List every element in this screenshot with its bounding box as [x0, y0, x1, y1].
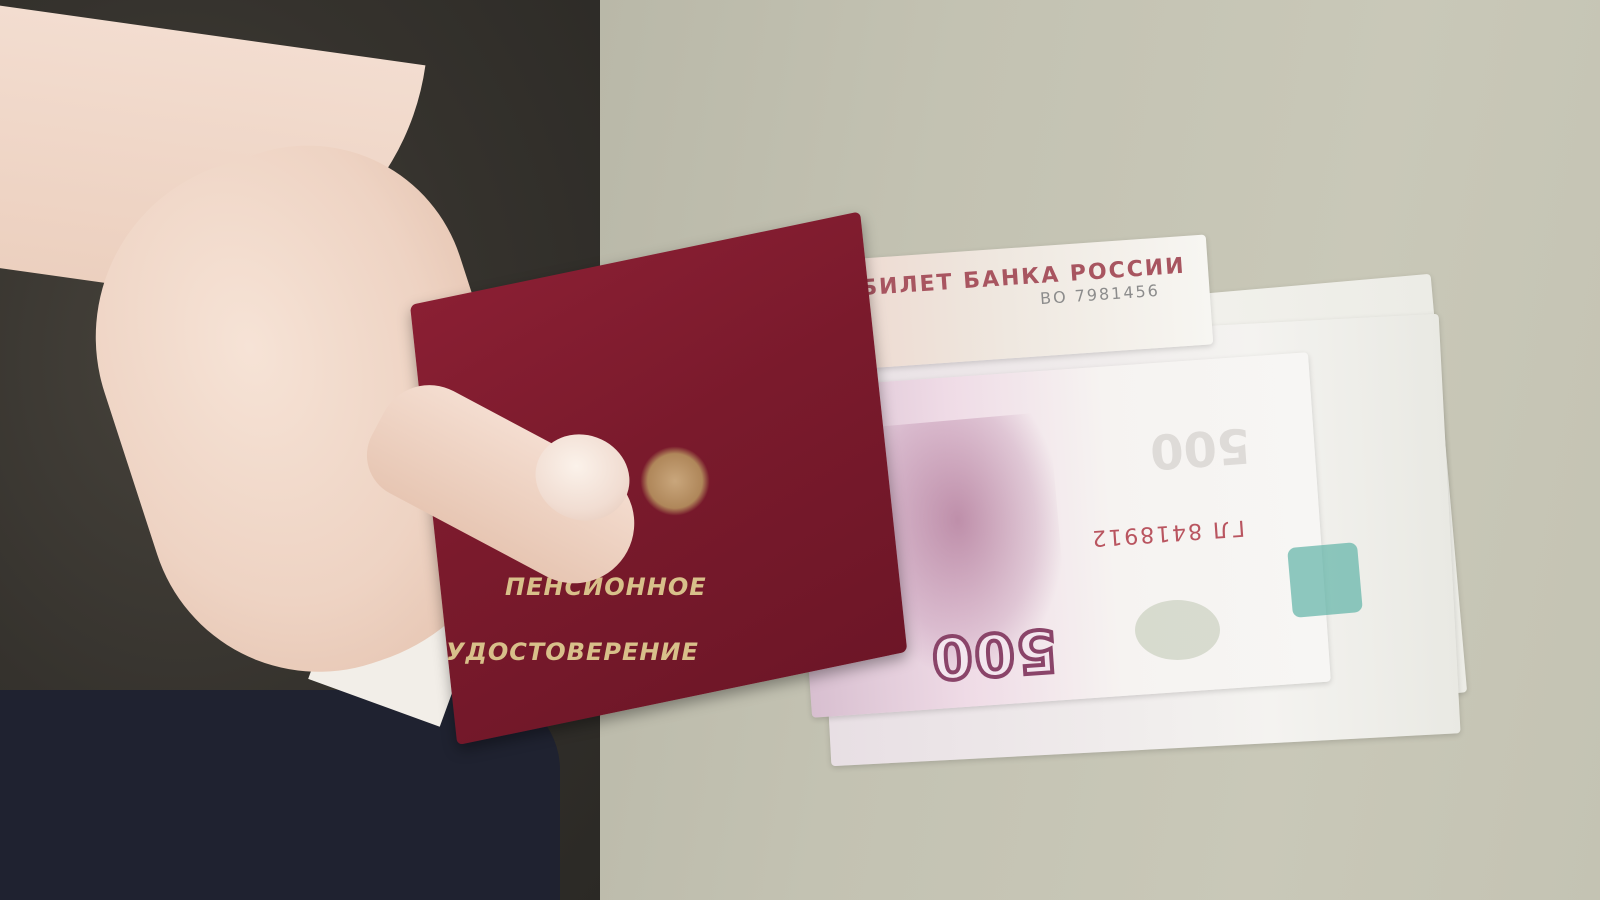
certificate-title-line1: ПЕНСИОННОЕ — [505, 573, 707, 601]
banknote-denomination-watermark: 500 — [1148, 417, 1252, 480]
eagle-emblem-icon — [640, 446, 710, 516]
banknote-color-patch — [1287, 542, 1363, 618]
banknote-denomination: 500 — [928, 616, 1060, 693]
certificate-title-line2: УДОСТОВЕРЕНИЕ — [446, 638, 699, 666]
photo-scene: БИЛЕТ БАНКА РОССИИ ВО 7981456 500 ГЛ 841… — [0, 0, 1600, 900]
banknote-seal-icon — [1135, 600, 1220, 660]
